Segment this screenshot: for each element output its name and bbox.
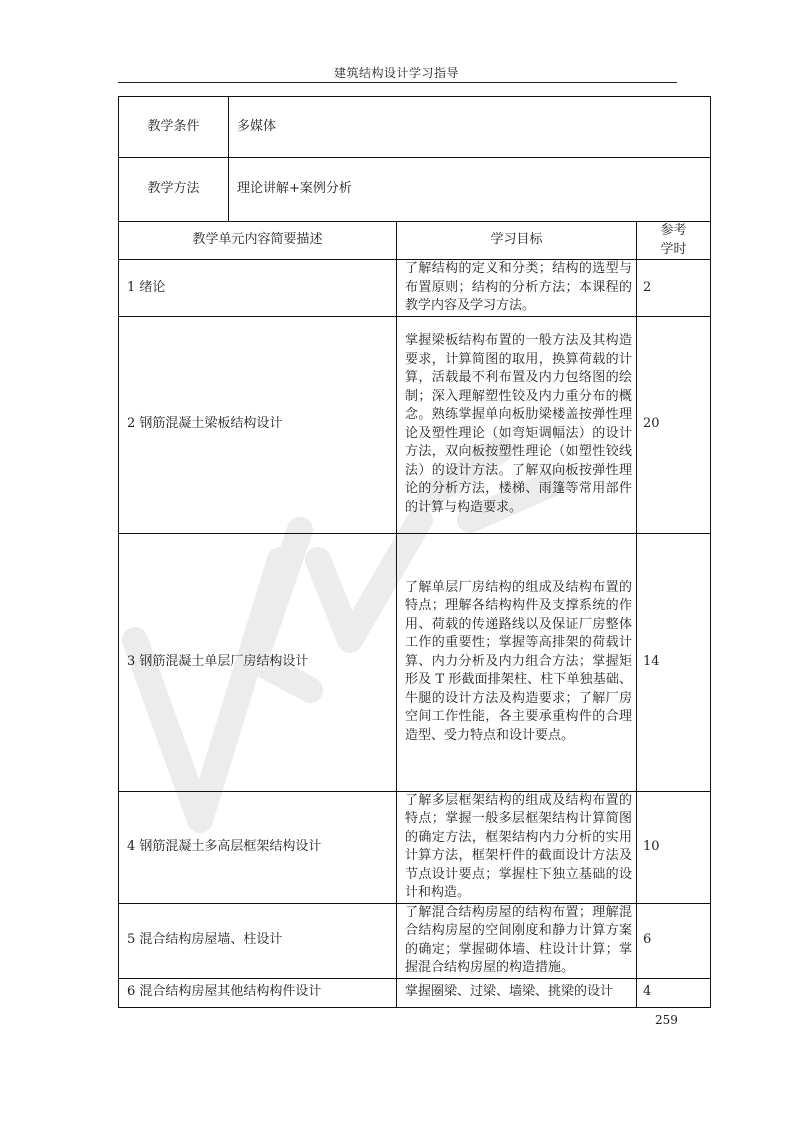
reference-hours: 14 (637, 533, 711, 791)
learning-goals: 掌握梁板结构布置的一般方法及其构造要求，计算简图的取用，换算荷载的计算，活载最不… (397, 316, 637, 533)
column-header-hours-line1: 参考 (661, 223, 687, 238)
header-rule (118, 82, 677, 83)
learning-goals: 了解混合结构房屋的结构布置；理解混合结构房屋的空间刚度和静力计算方案的确定；掌握… (397, 903, 637, 978)
info-value: 多媒体 (229, 97, 711, 158)
table-row: 2 钢筋混凝土梁板结构设计 掌握梁板结构布置的一般方法及其构造要求，计算简图的取… (119, 316, 711, 533)
unit-description: 6 混合结构房屋其他结构构件设计 (119, 978, 397, 1007)
syllabus-table: 教学条件 多媒体 教学方法 理论讲解+案例分析 教学单元内容简要描述 学习目标 … (118, 96, 711, 1008)
table-header-row: 教学单元内容简要描述 学习目标 参考学时 (119, 222, 711, 260)
info-row-teaching-conditions: 教学条件 多媒体 (119, 97, 711, 158)
unit-description: 1 绪论 (119, 260, 397, 317)
unit-description: 3 钢筋混凝土单层厂房结构设计 (119, 533, 397, 791)
reference-hours: 4 (637, 978, 711, 1007)
unit-description: 2 钢筋混凝土梁板结构设计 (119, 316, 397, 533)
learning-goals: 了解多层框架结构的组成及结构布置的特点；掌握一般多层框架结构计算简图的确定方法，… (397, 791, 637, 903)
info-value: 理论讲解+案例分析 (229, 158, 711, 222)
reference-hours: 20 (637, 316, 711, 533)
reference-hours: 2 (637, 260, 711, 317)
unit-description: 5 混合结构房屋墙、柱设计 (119, 903, 397, 978)
reference-hours: 10 (637, 791, 711, 903)
column-header-hours: 参考学时 (637, 222, 711, 260)
table-row: 1 绪论 了解结构的定义和分类；结构的选型与布置原则；结构的分析方法；本课程的教… (119, 260, 711, 317)
running-header-title: 建筑结构设计学习指导 (0, 64, 793, 81)
table-row: 5 混合结构房屋墙、柱设计 了解混合结构房屋的结构布置；理解混合结构房屋的空间刚… (119, 903, 711, 978)
reference-hours: 6 (637, 903, 711, 978)
column-header-description: 教学单元内容简要描述 (119, 222, 397, 260)
info-row-teaching-methods: 教学方法 理论讲解+案例分析 (119, 158, 711, 222)
column-header-hours-line2: 学时 (661, 242, 687, 257)
table-row: 4 钢筋混凝土多高层框架结构设计 了解多层框架结构的组成及结构布置的特点；掌握一… (119, 791, 711, 903)
unit-description: 4 钢筋混凝土多高层框架结构设计 (119, 791, 397, 903)
page-number: 259 (655, 1013, 678, 1027)
learning-goals: 了解单层厂房结构的组成及结构布置的特点；理解各结构构件及支撑系统的作用、荷载的传… (397, 533, 637, 791)
table-row: 6 混合结构房屋其他结构构件设计 掌握圈梁、过梁、墙梁、挑梁的设计 4 (119, 978, 711, 1007)
table-row: 3 钢筋混凝土单层厂房结构设计 了解单层厂房结构的组成及结构布置的特点；理解各结… (119, 533, 711, 791)
learning-goals: 掌握圈梁、过梁、墙梁、挑梁的设计 (397, 978, 637, 1007)
learning-goals: 了解结构的定义和分类；结构的选型与布置原则；结构的分析方法；本课程的教学内容及学… (397, 260, 637, 317)
info-label: 教学方法 (119, 158, 229, 222)
info-label: 教学条件 (119, 97, 229, 158)
column-header-goals: 学习目标 (397, 222, 637, 260)
